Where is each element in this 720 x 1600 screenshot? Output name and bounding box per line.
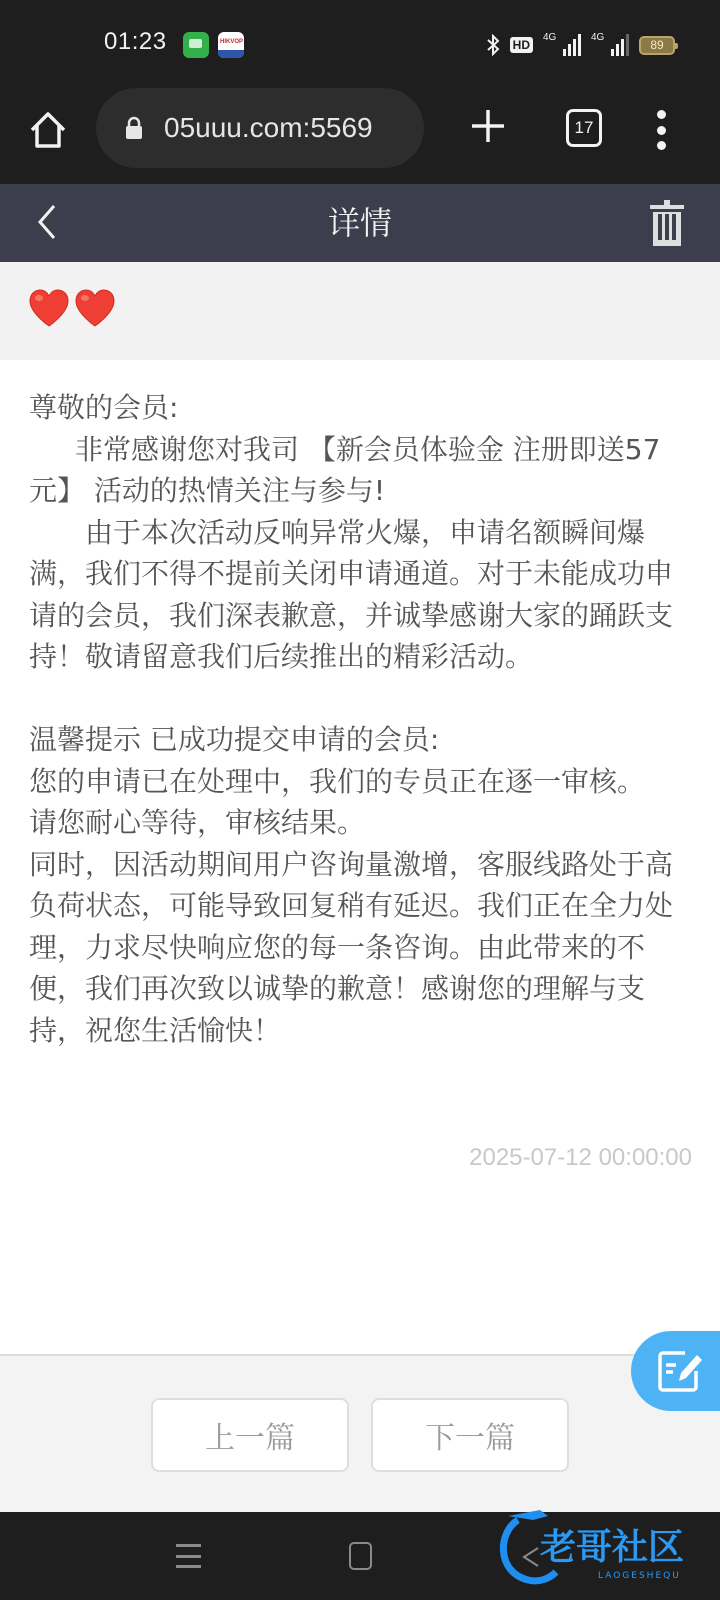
status-bar: 01:23 HIKVOP HD 4G 4G 89	[0, 0, 720, 88]
hearts	[28, 288, 116, 328]
address-bar[interactable]: 05uuu.com:5569	[96, 88, 424, 168]
messages-notification-icon	[183, 32, 209, 58]
status-icons: HD 4G 4G 89	[486, 30, 675, 60]
browser-toolbar: 05uuu.com:5569 17	[0, 88, 720, 184]
signal-1-icon: 4G	[543, 34, 581, 56]
tip-line-2: 请您耐心等待，审核结果。	[29, 802, 694, 844]
signal-2-icon: 4G	[591, 34, 629, 56]
battery-icon: 89	[639, 36, 675, 55]
svg-text:老哥社区: 老哥社区	[540, 1527, 684, 1568]
timestamp: 2025-07-12 00:00:00	[469, 1144, 692, 1172]
app-header: 详情	[0, 184, 720, 262]
prev-article-button[interactable]: 上一篇	[151, 1398, 349, 1472]
trash-icon[interactable]	[650, 200, 684, 246]
paragraph-2: 由于本次活动反响异常火爆，申请名额瞬间爆满，我们不得不提前关闭申请通道。对于未能…	[29, 512, 694, 678]
heart-icon	[28, 288, 70, 328]
article-content: 尊敬的会员: 非常感谢您对我司 【新会员体验金 注册即送57元】 活动的热情关注…	[0, 360, 720, 1354]
new-tab-icon[interactable]	[470, 108, 506, 144]
url-text: 05uuu.com:5569	[164, 112, 373, 144]
tip-heading: 温馨提示 已成功提交申请的会员:	[29, 719, 694, 761]
svg-text:LAOGESHEQU: LAOGESHEQU	[598, 1571, 681, 1581]
back-arrow-icon[interactable]	[32, 202, 62, 242]
bluetooth-icon	[486, 34, 500, 56]
more-menu-icon[interactable]	[654, 110, 668, 150]
page-title: 详情	[0, 184, 720, 262]
tab-switcher-button[interactable]: 17	[566, 109, 602, 147]
tip-line-3: 同时，因活动期间用户咨询量激增，客服线路处于高负荷状态，可能导致回复稍有延迟。我…	[29, 844, 694, 1052]
article-body: 尊敬的会员: 非常感谢您对我司 【新会员体验金 注册即送57元】 活动的热情关注…	[29, 387, 694, 1051]
next-article-button[interactable]: 下一篇	[371, 1398, 569, 1472]
greeting: 尊敬的会员:	[29, 387, 694, 429]
hd-voice-icon: HD	[510, 37, 533, 53]
recent-apps-icon[interactable]	[176, 1544, 201, 1568]
status-time: 01:23	[104, 28, 167, 56]
article-nav: 上一篇 下一篇	[0, 1354, 720, 1512]
home-icon[interactable]	[28, 110, 68, 150]
heart-icon	[74, 288, 116, 328]
hikvision-notification-icon: HIKVOP	[218, 32, 244, 58]
lock-icon	[124, 116, 144, 140]
compose-button[interactable]	[631, 1331, 720, 1411]
home-nav-icon[interactable]	[349, 1542, 372, 1570]
edit-note-icon	[655, 1347, 703, 1395]
watermark-logo: 老哥社区 LAOGESHEQU	[478, 1502, 708, 1592]
emoji-banner	[0, 262, 720, 360]
tip-line-1: 您的申请已在处理中，我们的专员正在逐一审核。	[29, 761, 694, 803]
paragraph-1: 非常感谢您对我司 【新会员体验金 注册即送57元】 活动的热情关注与参与!	[29, 429, 694, 512]
